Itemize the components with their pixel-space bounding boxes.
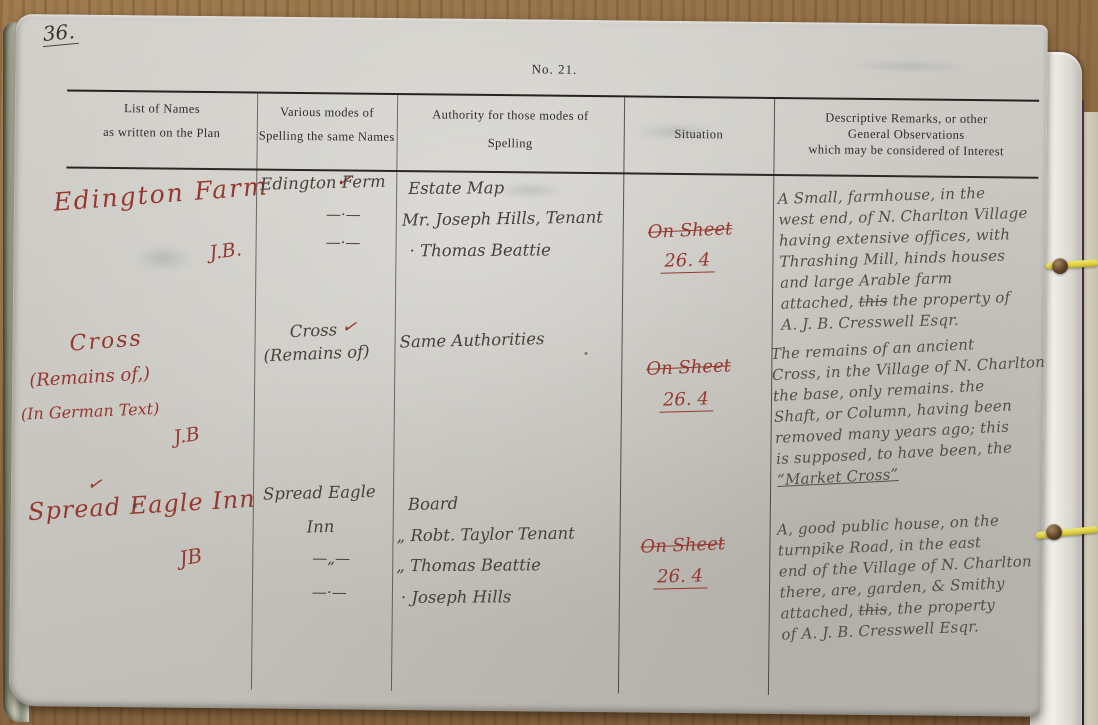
remarks-block: A Small, farmhouse, in the west end, of … bbox=[777, 182, 1030, 336]
situation-sheet: On Sheet bbox=[640, 533, 725, 558]
header-authority-line2: Spelling bbox=[397, 135, 624, 152]
spelling-entry: (Remains of) bbox=[263, 342, 370, 365]
surveyor-initials: J.B. bbox=[208, 238, 243, 264]
surveyor-initials: J.B bbox=[172, 423, 201, 449]
header-remarks-line1: Descriptive Remarks, or other bbox=[774, 110, 1039, 128]
spelling-entry: Spread Eagle bbox=[263, 482, 376, 504]
plan-name: Spread Eagle Inn bbox=[27, 485, 256, 526]
situation-ref: 26. 4 bbox=[653, 565, 707, 589]
authority-entry: „ Robt. Taylor Tenant bbox=[396, 524, 575, 546]
ditto-mark: —·— bbox=[326, 233, 361, 251]
header-spelling-line2: Spelling the same Names bbox=[257, 129, 397, 145]
page-scan: 36. No. 21. List of Names as written on … bbox=[9, 14, 1048, 717]
bleed-through-marks bbox=[843, 61, 973, 72]
check-mark-icon: ✓ bbox=[340, 315, 358, 338]
back-cover-edge bbox=[1084, 112, 1098, 725]
ditto-mark: —„— bbox=[312, 549, 350, 567]
ink-fleck bbox=[133, 504, 137, 508]
authority-entry: „ Thomas Beattie bbox=[396, 555, 541, 575]
header-names-line2: as written on the Plan bbox=[67, 125, 257, 142]
plan-name: Edington Farm bbox=[52, 171, 269, 216]
situation-ref: 26. 4 bbox=[660, 249, 714, 273]
ink-fleck bbox=[584, 352, 587, 355]
ink-smudge bbox=[633, 122, 721, 141]
header-remarks-line2: General Observations bbox=[774, 126, 1039, 144]
ditto-mark: —·— bbox=[326, 205, 361, 223]
ditto-mark: —·— bbox=[312, 583, 347, 601]
plan-name-note: (In German Text) bbox=[21, 399, 160, 424]
header-remarks-line3: which may be considered of Interest bbox=[774, 142, 1039, 160]
spelling-entry: Inn bbox=[306, 517, 334, 537]
check-mark-icon: ✓ bbox=[86, 473, 104, 496]
authority-entry: Mr. Joseph Hills, Tenant bbox=[402, 208, 603, 230]
header-names-line1: List of Names bbox=[67, 101, 257, 118]
sheet-number: No. 21. bbox=[454, 61, 654, 79]
table-rule-top bbox=[67, 90, 1039, 103]
grommet-bottom-icon bbox=[1046, 524, 1062, 540]
spelling-entry: Edington Ferm bbox=[260, 172, 386, 194]
table-rule-col2 bbox=[391, 93, 398, 691]
plan-name: Cross bbox=[69, 326, 144, 357]
table-rule-col3 bbox=[618, 95, 625, 693]
folio-number: 36. bbox=[41, 19, 79, 47]
situation-ref: 26. 4 bbox=[659, 388, 713, 412]
surveyor-initials: JB bbox=[178, 543, 204, 570]
grommet-top-icon bbox=[1052, 258, 1068, 274]
situation-sheet: On Sheet bbox=[646, 355, 731, 380]
authority-entry: · Joseph Hills bbox=[401, 587, 512, 607]
spelling-entry: Cross bbox=[289, 320, 337, 341]
authority-entry: · Thomas Beattie bbox=[409, 240, 550, 260]
remarks-block: The remains of an ancient Cross, in the … bbox=[770, 331, 1050, 491]
paper-stain bbox=[133, 245, 193, 272]
plan-name-note: (Remains of,) bbox=[29, 363, 151, 391]
authority-entry: Board bbox=[408, 494, 459, 514]
header-spelling-line1: Various modes of bbox=[257, 105, 397, 121]
desk-background: 36. No. 21. List of Names as written on … bbox=[0, 0, 1098, 725]
authority-entry: Same Authorities bbox=[399, 329, 544, 352]
situation-sheet: On Sheet bbox=[647, 218, 732, 243]
authority-entry: Estate Map bbox=[408, 178, 504, 198]
header-authority-line1: Authority for those modes of bbox=[397, 107, 624, 124]
remarks-block: A, good public house, on the turnpike Ro… bbox=[777, 509, 1035, 645]
ink-smudge bbox=[494, 182, 566, 199]
